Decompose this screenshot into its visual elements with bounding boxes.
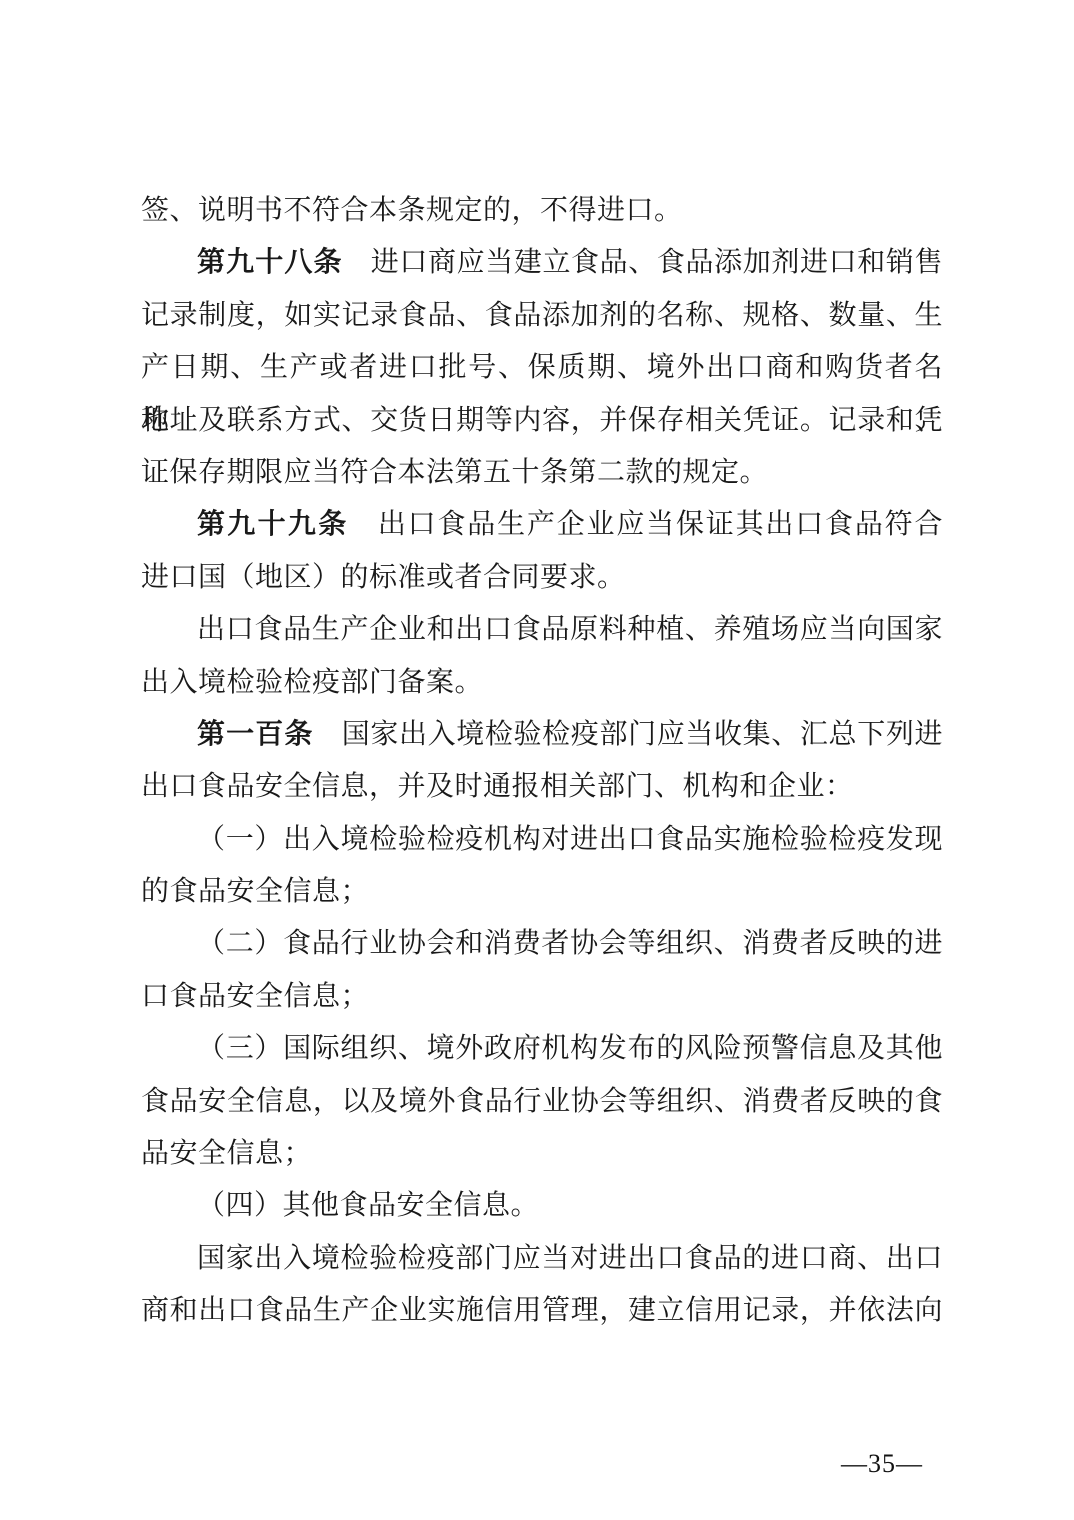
text-line: 进口国（地区）的标准或者合同要求。 [141, 552, 943, 604]
text-line: 出口食品安全信息，并及时通报相关部门、机构和企业： [141, 761, 943, 813]
line-text: 国家出入境检验检疫部门应当对进出口食品的进口商、出口 [197, 1243, 943, 1274]
text-line: 签、说明书不符合本条规定的，不得进口。 [141, 185, 943, 237]
line-text: 商和出口食品生产企业实施信用管理，建立信用记录，并依法向 [141, 1295, 943, 1326]
text-line: 品安全信息； [141, 1128, 943, 1180]
list-item-1-line: （一）出入境检验检疫机构对进出口食品实施检验检疫发现 [141, 814, 943, 866]
line-text: 出口食品生产企业应当保证其出口食品符合 [377, 509, 943, 540]
text-line: 地址及联系方式、交货日期等内容，并保存相关凭证。记录和凭 [141, 395, 943, 447]
line-text: 口食品安全信息； [141, 981, 369, 1012]
text-line: 出口食品生产企业和出口食品原料种植、养殖场应当向国家 [141, 604, 943, 656]
line-text: 国家出入境检验检疫部门应当收集、汇总下列进 [342, 719, 943, 750]
article-number: 第一百条 [197, 719, 314, 750]
line-text: 出口食品生产企业和出口食品原料种植、养殖场应当向国家 [197, 614, 943, 645]
line-text: （二）食品行业协会和消费者协会等组织、消费者反映的进 [197, 928, 943, 959]
text-line: 的食品安全信息； [141, 866, 943, 918]
line-text: 出口食品安全信息，并及时通报相关部门、机构和企业： [141, 771, 854, 802]
article-number: 第九十九条 [197, 509, 349, 540]
article-number: 第九十八条 [197, 247, 343, 278]
line-text: 签、说明书不符合本条规定的，不得进口。 [141, 195, 683, 226]
article-100-heading-line: 第一百条国家出入境检验检疫部门应当收集、汇总下列进 [141, 709, 943, 761]
document-page: 签、说明书不符合本条规定的，不得进口。 第九十八条进口商应当建立食品、食品添加剂… [0, 0, 1074, 1520]
line-text: （一）出入境检验检疫机构对进出口食品实施检验检疫发现 [197, 824, 943, 855]
text-line: 国家出入境检验检疫部门应当对进出口食品的进口商、出口 [141, 1233, 943, 1285]
text-line: 口食品安全信息； [141, 971, 943, 1023]
line-text: 证保存期限应当符合本法第五十条第二款的规定。 [141, 457, 768, 488]
line-text: 品安全信息； [141, 1138, 312, 1169]
text-block: 签、说明书不符合本条规定的，不得进口。 第九十八条进口商应当建立食品、食品添加剂… [141, 185, 943, 1338]
line-text: 进口国（地区）的标准或者合同要求。 [141, 562, 626, 593]
text-line: 证保存期限应当符合本法第五十条第二款的规定。 [141, 447, 943, 499]
line-text: 进口商应当建立食品、食品添加剂进口和销售 [371, 247, 943, 278]
list-item-4-line: （四）其他食品安全信息。 [141, 1180, 943, 1232]
line-text: 的食品安全信息； [141, 876, 369, 907]
list-item-3-line: （三）国际组织、境外政府机构发布的风险预警信息及其他 [141, 1023, 943, 1075]
text-line: 记录制度，如实记录食品、食品添加剂的名称、规格、数量、生 [141, 290, 943, 342]
text-line: 食品安全信息，以及境外食品行业协会等组织、消费者反映的食 [141, 1076, 943, 1128]
article-99-heading-line: 第九十九条出口食品生产企业应当保证其出口食品符合 [141, 499, 943, 551]
line-text: 记录制度，如实记录食品、食品添加剂的名称、规格、数量、生 [141, 300, 943, 331]
line-text: （三）国际组织、境外政府机构发布的风险预警信息及其他 [197, 1033, 943, 1064]
article-98-heading-line: 第九十八条进口商应当建立食品、食品添加剂进口和销售 [141, 237, 943, 289]
text-line: 商和出口食品生产企业实施信用管理，建立信用记录，并依法向 [141, 1285, 943, 1337]
line-text: 地址及联系方式、交货日期等内容，并保存相关凭证。记录和凭 [141, 405, 943, 436]
line-text: （四）其他食品安全信息。 [197, 1190, 539, 1221]
text-line: 出入境检验检疫部门备案。 [141, 657, 943, 709]
list-item-2-line: （二）食品行业协会和消费者协会等组织、消费者反映的进 [141, 918, 943, 970]
line-text: 食品安全信息，以及境外食品行业协会等组织、消费者反映的食 [141, 1086, 943, 1117]
line-text: 出入境检验检疫部门备案。 [141, 667, 483, 698]
page-number: —35— [841, 1448, 923, 1480]
text-line: 产日期、生产或者进口批号、保质期、境外出口商和购货者名称、 [141, 342, 943, 394]
